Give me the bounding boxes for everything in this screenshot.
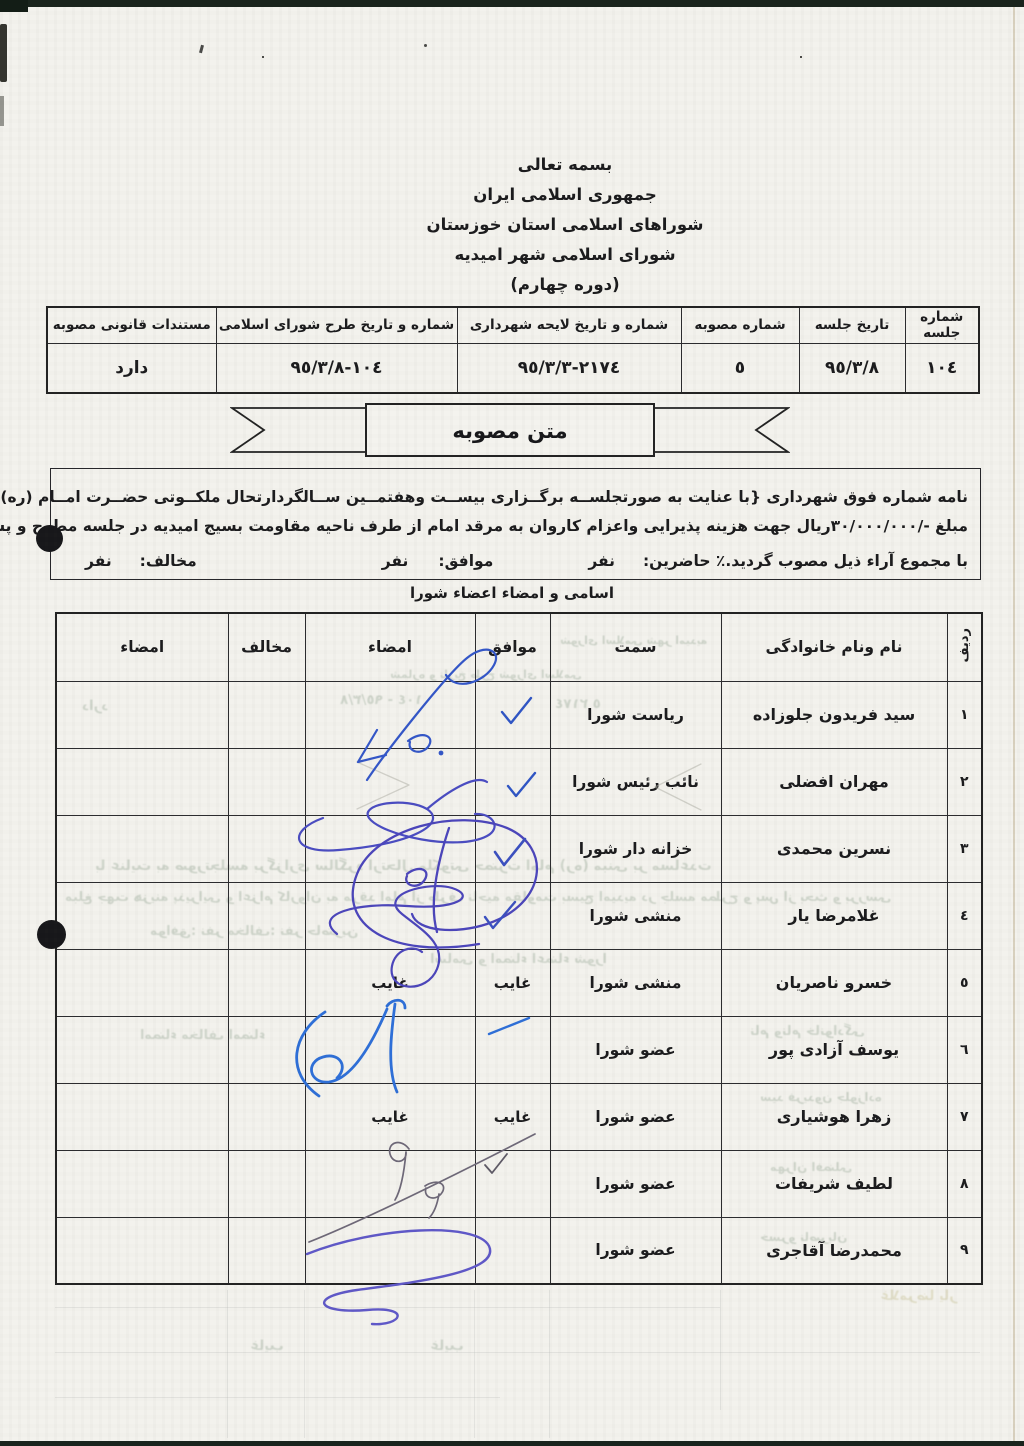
member-agree-cell xyxy=(475,1016,550,1083)
member-row: ١سید فریدون جلوزادهریاست شورا xyxy=(56,681,982,748)
member-oppose-signature-cell xyxy=(56,949,228,1016)
member-name: خسرو ناصریان xyxy=(721,949,947,1016)
member-row-no: ٩ xyxy=(947,1217,982,1284)
letterhead-line-basmala: بسمه تعالی xyxy=(212,150,918,180)
member-signature-cell xyxy=(305,882,475,949)
member-signature-cell: غایب xyxy=(305,1083,475,1150)
meta-header-session-date: تاریخ جلسه xyxy=(799,307,905,343)
meta-council-plan: ١٠٤-٩٥/٣/٨ xyxy=(216,343,457,393)
scanned-document-page: شورای اسلامی شهر امیدیهشماره و تاریخ طرح… xyxy=(0,0,1024,1446)
member-oppose-signature-cell xyxy=(56,815,228,882)
member-name: نسرین محمدی xyxy=(721,815,947,882)
resolution-line-1: نامه شماره فوق شهرداری {با عنایت به صورت… xyxy=(63,483,968,512)
member-signature-cell: غایب xyxy=(305,949,475,1016)
resolution-line-2: مبلغ -/٣٠/٠٠٠/٠٠٠ریال جهت هزینه پذیرایی … xyxy=(63,512,968,541)
member-row: ٣نسرین محمدیخزانه دار شورا xyxy=(56,815,982,882)
member-oppose-signature-cell xyxy=(56,748,228,815)
member-agree-cell xyxy=(475,1217,550,1284)
member-agree-cell xyxy=(475,748,550,815)
hole-punch-bottom xyxy=(37,920,66,949)
member-oppose-signature-cell xyxy=(56,1083,228,1150)
members-header-oppose: مخالف xyxy=(228,613,305,681)
member-name: لطیف شریفات xyxy=(721,1150,947,1217)
members-rows: ١سید فریدون جلوزادهریاست شورا٢مهران افضل… xyxy=(56,681,982,1284)
member-role: منشی شورا xyxy=(550,882,721,949)
meta-value-row: ١٠٤ ٩٥/٣/٨ ٥ ٢١٧٤-٩٥/٣/٣ ١٠٤-٩٥/٣/٨ دارد xyxy=(47,343,979,393)
member-row: ٦یوسف آزادی پورعضو شورا xyxy=(56,1016,982,1083)
resolution-line-3: با مجموع آراء ذیل مصوب گردید.٪ حاضرین: ن… xyxy=(63,547,968,576)
member-oppose-cell xyxy=(228,1217,305,1284)
member-row-no: ٥ xyxy=(947,949,982,1016)
scan-edge-bottom xyxy=(0,1441,1024,1446)
scan-corner-blotch xyxy=(0,0,28,12)
meta-resolution-no: ٥ xyxy=(681,343,799,393)
member-oppose-signature-cell xyxy=(56,1016,228,1083)
member-row-no: ٧ xyxy=(947,1083,982,1150)
bleedthrough-text: غلامرضا یار xyxy=(880,1288,957,1304)
member-oppose-signature-cell xyxy=(56,681,228,748)
member-row: ٢مهران افضلینائب رئیس شورا xyxy=(56,748,982,815)
member-role: خزانه دار شورا xyxy=(550,815,721,882)
member-oppose-signature-cell xyxy=(56,882,228,949)
member-row-no: ٣ xyxy=(947,815,982,882)
members-header-agree: موافق xyxy=(475,613,550,681)
member-name: سید فریدون جلوزاده xyxy=(721,681,947,748)
member-agree-cell xyxy=(475,882,550,949)
hole-punch-top xyxy=(36,525,63,552)
member-row-no: ٨ xyxy=(947,1150,982,1217)
members-header-role: سمت xyxy=(550,613,721,681)
member-role: منشی شورا xyxy=(550,949,721,1016)
member-agree-cell: غایب xyxy=(475,1083,550,1150)
meta-header-municipality-bill: شماره و تاریخ لایحه شهرداری xyxy=(457,307,681,343)
member-oppose-cell xyxy=(228,815,305,882)
member-role: عضو شورا xyxy=(550,1016,721,1083)
member-row-no: ١ xyxy=(947,681,982,748)
member-oppose-cell xyxy=(228,681,305,748)
letterhead: بسمه تعالی جمهوری اسلامی ایران شوراهای ا… xyxy=(212,150,918,300)
present-count-unit: نفر xyxy=(588,547,615,576)
member-signature-cell xyxy=(305,1016,475,1083)
letterhead-line-city-council: شورای اسلامی شهر امیدیه xyxy=(212,240,918,270)
meta-session-date: ٩٥/٣/٨ xyxy=(799,343,905,393)
member-oppose-signature-cell xyxy=(56,1150,228,1217)
members-header-row-no: ردیف xyxy=(947,613,982,681)
members-header-signature: امضاء xyxy=(305,613,475,681)
member-oppose-cell xyxy=(228,1150,305,1217)
member-signature-cell xyxy=(305,1150,475,1217)
members-table: ردیف نام ونام خانوادگی سمت موافق امضاء م… xyxy=(55,612,983,1285)
letterhead-line-province-councils: شوراهای اسلامی استان خوزستان xyxy=(212,210,918,240)
member-role: عضو شورا xyxy=(550,1083,721,1150)
member-oppose-cell xyxy=(228,748,305,815)
member-name: محمدرضا آقاجری xyxy=(721,1217,947,1284)
member-agree-cell xyxy=(475,681,550,748)
members-header-oppose-signature: امضاء xyxy=(56,613,228,681)
meta-header-row: شماره جلسه تاریخ جلسه شماره مصوبه شماره … xyxy=(47,307,979,343)
scan-edge-top xyxy=(0,0,1024,7)
scan-edge-blotch xyxy=(0,24,7,82)
members-header-row: ردیف نام ونام خانوادگی سمت موافق امضاء م… xyxy=(56,613,982,681)
member-name: غلامرضا یار xyxy=(721,882,947,949)
member-name: زهرا هوشیاری xyxy=(721,1083,947,1150)
member-signature-cell xyxy=(305,815,475,882)
resolution-text-box: نامه شماره فوق شهرداری {با عنایت به صورت… xyxy=(50,468,981,580)
member-oppose-cell xyxy=(228,1016,305,1083)
resolution-banner-ribbon: متن مصوبه xyxy=(230,402,790,458)
meta-header-legal-docs: مستندات قانونی مصوبه xyxy=(47,307,216,343)
meta-header-session-no: شماره جلسه xyxy=(905,307,979,343)
member-agree-cell xyxy=(475,1150,550,1217)
member-oppose-cell xyxy=(228,1083,305,1150)
scan-speck xyxy=(199,45,204,54)
oppose-count-unit: نفر xyxy=(85,547,112,576)
members-header-name: نام ونام خانوادگی xyxy=(721,613,947,681)
member-oppose-signature-cell xyxy=(56,1217,228,1284)
member-role: نائب رئیس شورا xyxy=(550,748,721,815)
present-label: با مجموع آراء ذیل مصوب گردید.٪ حاضرین: xyxy=(643,547,968,576)
member-row: ٩محمدرضا آقاجریعضو شورا xyxy=(56,1217,982,1284)
oppose-count-label: مخالف: xyxy=(140,547,197,576)
meta-header-resolution-no: شماره مصوبه xyxy=(681,307,799,343)
member-signature-cell xyxy=(305,748,475,815)
resolution-meta-table: شماره جلسه تاریخ جلسه شماره مصوبه شماره … xyxy=(46,306,980,394)
member-row: ٧زهرا هوشیاریعضو شوراغایبغایب xyxy=(56,1083,982,1150)
meta-municipality-bill: ٢١٧٤-٩٥/٣/٣ xyxy=(457,343,681,393)
scan-speck xyxy=(262,56,264,58)
meta-session-no: ١٠٤ xyxy=(905,343,979,393)
scan-edge-blotch-small xyxy=(0,96,4,126)
member-row-no: ٤ xyxy=(947,882,982,949)
letterhead-line-term: (دوره چهارم) xyxy=(212,270,918,300)
member-row: ٤غلامرضا یارمنشی شورا xyxy=(56,882,982,949)
agree-count-unit: نفر xyxy=(382,547,409,576)
member-name: یوسف آزادی پور xyxy=(721,1016,947,1083)
member-oppose-cell xyxy=(228,882,305,949)
banner-title: متن مصوبه xyxy=(452,419,567,443)
member-name: مهران افضلی xyxy=(721,748,947,815)
scan-speck xyxy=(800,56,802,58)
members-heading: اسامی و امضاء اعضاء شورا xyxy=(0,584,1024,602)
meta-header-council-plan: شماره و تاریخ طرح شورای اسلامی xyxy=(216,307,457,343)
member-row: ٨لطیف شریفاتعضو شورا xyxy=(56,1150,982,1217)
paper-edge-line xyxy=(1013,0,1015,1446)
member-row: ٥خسرو ناصریانمنشی شوراغایبغایب xyxy=(56,949,982,1016)
meta-legal-docs: دارد xyxy=(47,343,216,393)
member-row-no: ٦ xyxy=(947,1016,982,1083)
member-agree-cell: غایب xyxy=(475,949,550,1016)
letterhead-line-republic: جمهوری اسلامی ایران xyxy=(212,180,918,210)
agree-count-label: موافق: xyxy=(438,547,493,576)
member-signature-cell xyxy=(305,681,475,748)
member-oppose-cell xyxy=(228,949,305,1016)
member-role: عضو شورا xyxy=(550,1150,721,1217)
member-agree-cell xyxy=(475,815,550,882)
member-role: عضو شورا xyxy=(550,1217,721,1284)
scan-speck xyxy=(424,44,427,47)
member-role: ریاست شورا xyxy=(550,681,721,748)
member-row-no: ٢ xyxy=(947,748,982,815)
member-signature-cell xyxy=(305,1217,475,1284)
